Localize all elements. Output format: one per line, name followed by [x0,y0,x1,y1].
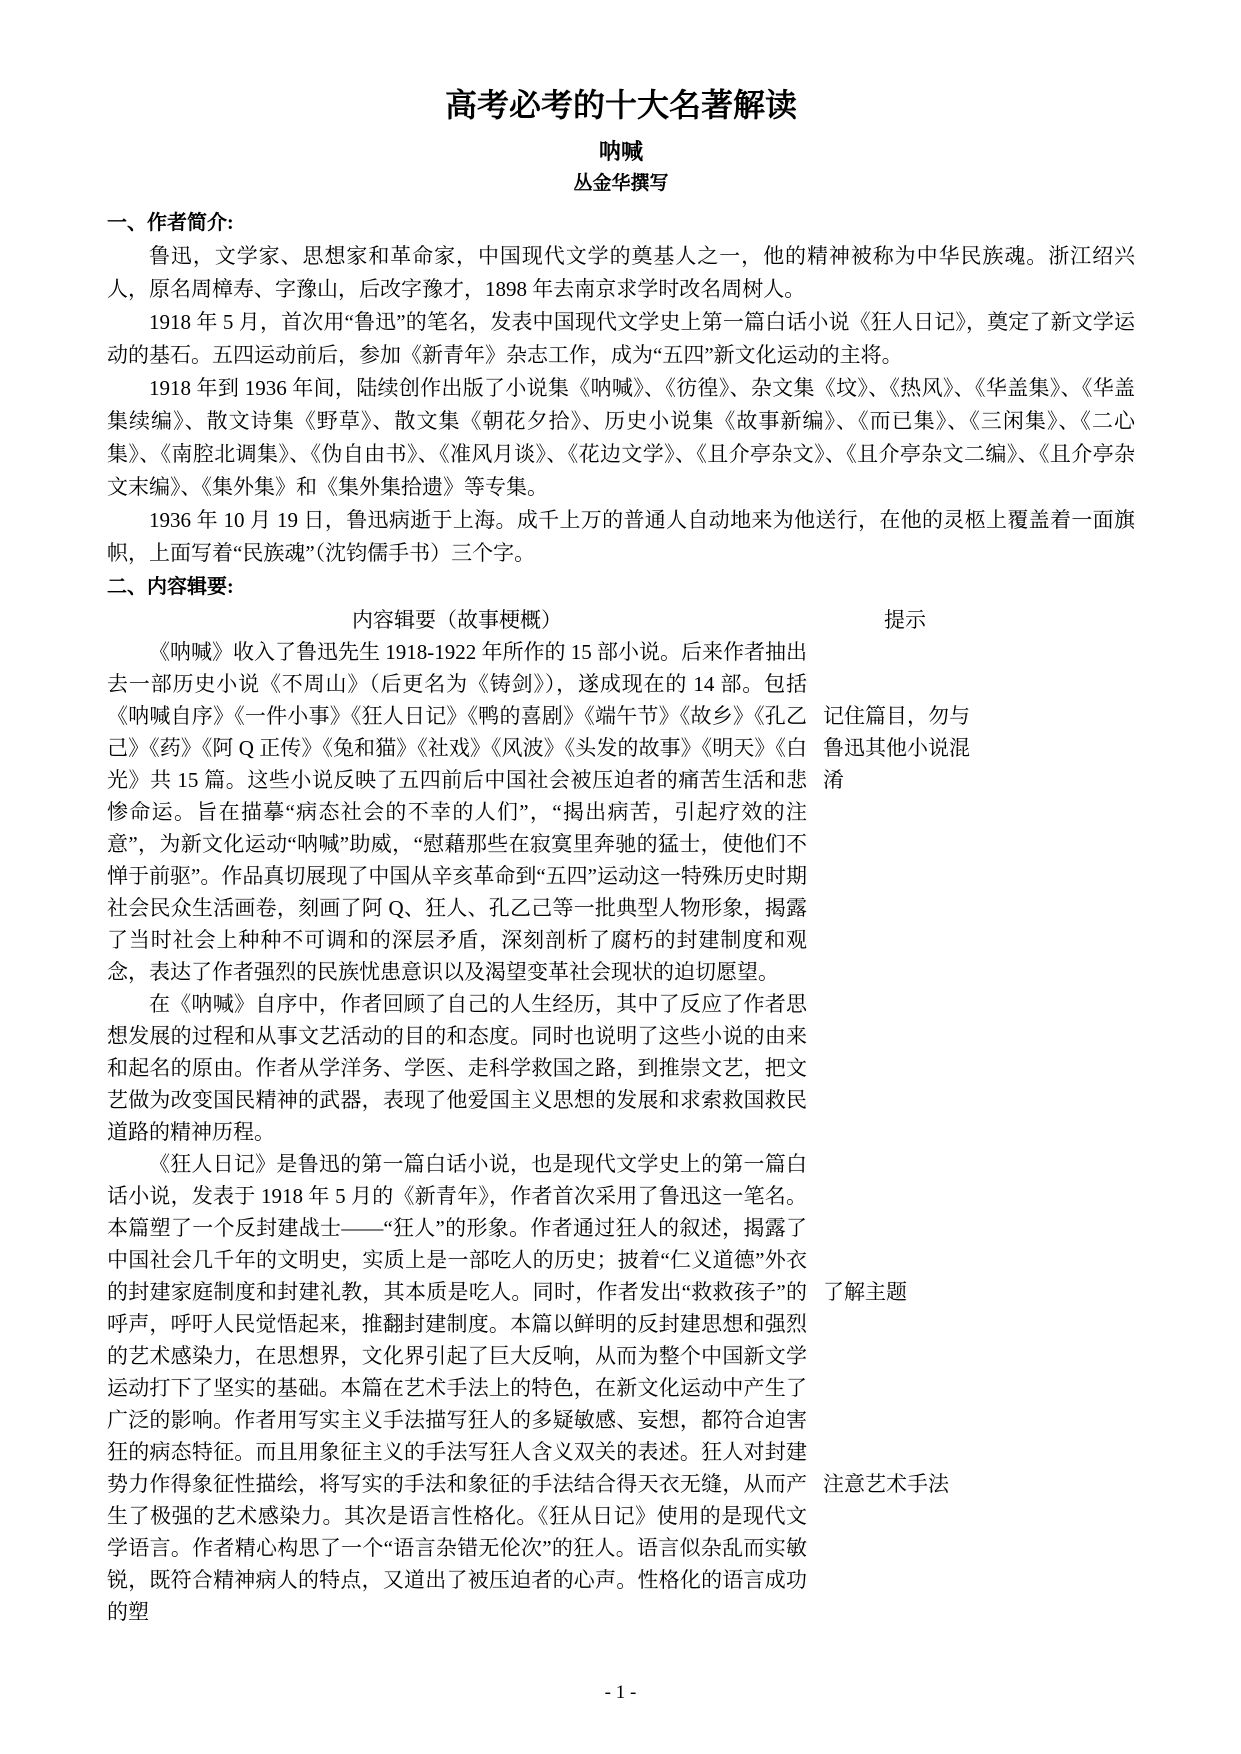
summary-paragraph: 《呐喊》收入了鲁迅先生 1918-1922 年所作的 15 部小说。后来作者抽出… [107,636,807,988]
document-title: 高考必考的十大名著解读 [107,84,1135,126]
summary-paragraph: 《狂人日记》是鲁迅的第一篇白话小说，也是现代文学史上的第一篇白话小说，发表于 1… [107,1148,807,1628]
section-1-heading: 一、作者简介: [107,206,1135,240]
summary-column-header: 内容辑要（故事梗概） [107,604,807,636]
margin-note: 注意艺术手法 [823,1468,987,1500]
author-bio-paragraph: 1918 年到 1936 年间，陆续创作出版了小说集《呐喊》、《彷徨》、杂文集《… [107,372,1135,504]
author-bio-paragraph: 1918 年 5 月，首次用“鲁迅”的笔名，发表中国现代文学史上第一篇白话小说《… [107,306,1135,372]
summary-column: 内容辑要（故事梗概） 《呐喊》收入了鲁迅先生 1918-1922 年所作的 15… [107,604,807,1628]
author-bio-paragraph: 1936 年 10 月 19 日，鲁迅病逝于上海。成千上万的普通人自动地来为他送… [107,504,1135,570]
page-content: 高考必考的十大名著解读 呐喊 丛金华撰写 一、作者简介: 鲁迅，文学家、思想家和… [107,84,1135,1628]
hint-column: 提示 记住篇目，勿与鲁迅其他小说混淆 了解主题 注意艺术手法 [823,604,987,636]
hint-column-header: 提示 [823,604,987,636]
margin-note: 了解主题 [823,1276,987,1308]
author-bio-paragraph: 鲁迅，文学家、思想家和革命家，中国现代文学的奠基人之一，他的精神被称为中华民族魂… [107,240,1135,306]
byline: 丛金华撰写 [107,170,1135,198]
content-summary-table: 内容辑要（故事梗概） 《呐喊》收入了鲁迅先生 1918-1922 年所作的 15… [107,604,1135,1628]
book-title: 呐喊 [107,136,1135,168]
page-number: - 1 - [0,1680,1241,1706]
document-page: 高考必考的十大名著解读 呐喊 丛金华撰写 一、作者简介: 鲁迅，文学家、思想家和… [0,0,1241,1754]
section-2-heading: 二、内容辑要: [107,570,1135,604]
summary-paragraph: 在《呐喊》自序中，作者回顾了自己的人生经历，其中了反应了作者思想发展的过程和从事… [107,988,807,1148]
margin-note: 记住篇目，勿与鲁迅其他小说混淆 [823,700,987,796]
